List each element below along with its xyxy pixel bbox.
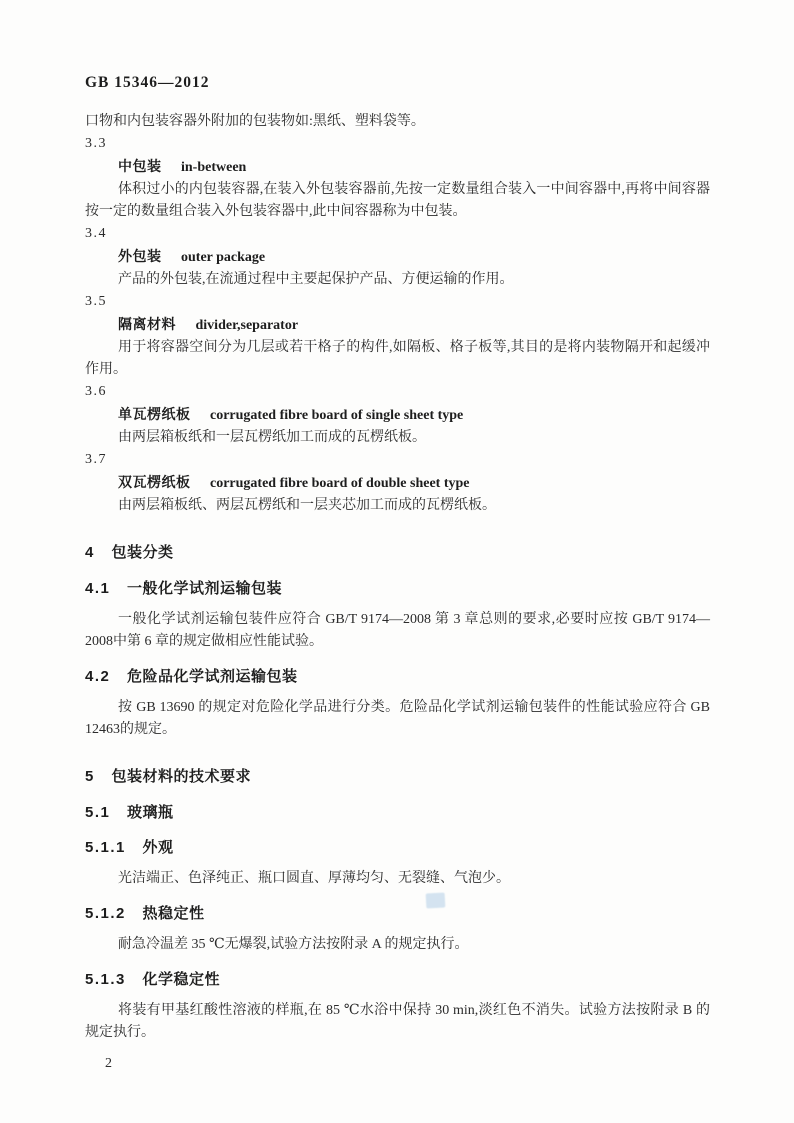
section-number: 5.1.3 — [85, 971, 126, 988]
section-title: 包装分类 — [112, 544, 174, 561]
clause-number: 3.4 — [85, 223, 710, 245]
term-clause-3-3: 3.3 中包装 in-between 体积过小的内包装容器,在装入外包装容器前,… — [85, 133, 710, 223]
term-english: corrugated fibre board of single sheet t… — [210, 408, 463, 423]
term-english: corrugated fibre board of double sheet t… — [210, 476, 470, 491]
section-5-heading: 5 包装材料的技术要求 — [85, 765, 710, 788]
doc-number-header: GB 15346—2012 — [85, 72, 710, 94]
term-definition: 用于将容器空间分为几层或若干格子的构件,如隔板、格子板等,其目的是将内装物隔开和… — [85, 337, 710, 381]
section-title: 玻璃瓶 — [127, 804, 174, 821]
clause-number: 3.3 — [85, 133, 710, 155]
section-number: 4.2 — [85, 668, 110, 685]
section-number: 4 — [85, 544, 95, 561]
term-clause-3-4: 3.4 外包装 outer package 产品的外包装,在流通过程中主要起保护… — [85, 223, 710, 291]
section-5-1-1-paragraph: 光洁端正、色泽纯正、瓶口圆直、厚薄均匀、无裂缝、气泡少。 — [85, 868, 710, 890]
section-5-1-2-heading: 5.1.2 热稳定性 — [85, 902, 710, 925]
paragraph-continued: 口物和内包装容器外附加的包装物如:黑纸、塑料袋等。 — [85, 111, 710, 133]
term-chinese: 隔离材料 — [118, 316, 176, 332]
term-english: outer package — [181, 250, 265, 265]
clause-number: 3.7 — [85, 449, 710, 471]
page-number: 2 — [85, 1053, 710, 1075]
term-definition: 产品的外包装,在流通过程中主要起保护产品、方便运输的作用。 — [85, 269, 710, 291]
section-title: 包装材料的技术要求 — [112, 768, 252, 785]
term-english: in-between — [181, 160, 246, 175]
term-definition: 体积过小的内包装容器,在装入外包装容器前,先按一定数量组合装入一中间容器中,再将… — [85, 179, 710, 223]
term-clause-3-5: 3.5 隔离材料 divider,separator 用于将容器空间分为几层或若… — [85, 291, 710, 381]
section-title: 一般化学试剂运输包装 — [127, 580, 282, 597]
term-chinese: 双瓦楞纸板 — [118, 474, 191, 490]
term-chinese: 中包装 — [118, 158, 162, 174]
section-number: 4.1 — [85, 580, 110, 597]
clause-number: 3.6 — [85, 381, 710, 403]
section-5-1-3-heading: 5.1.3 化学稳定性 — [85, 968, 710, 991]
section-5-1-3-paragraph: 将装有甲基红酸性溶液的样瓶,在 85 ℃水浴中保持 30 min,淡红色不消失。… — [85, 1000, 710, 1044]
section-title: 化学稳定性 — [143, 971, 221, 988]
section-number: 5.1.1 — [85, 839, 126, 856]
section-4-heading: 4 包装分类 — [85, 541, 710, 564]
term-heading: 双瓦楞纸板 corrugated fibre board of double s… — [85, 471, 710, 495]
term-clause-3-6: 3.6 单瓦楞纸板 corrugated fibre board of sing… — [85, 381, 710, 449]
term-definition: 由两层箱板纸和一层瓦楞纸加工而成的瓦楞纸板。 — [85, 427, 710, 449]
term-english: divider,separator — [196, 318, 299, 333]
section-4-1-heading: 4.1 一般化学试剂运输包装 — [85, 577, 710, 600]
term-definition: 由两层箱板纸、两层瓦楞纸和一层夹芯加工而成的瓦楞纸板。 — [85, 495, 710, 517]
term-heading: 中包装 in-between — [85, 155, 710, 179]
section-4-1-paragraph: 一般化学试剂运输包装件应符合 GB/T 9174—2008 第 3 章总则的要求… — [85, 609, 710, 653]
section-number: 5 — [85, 768, 95, 785]
section-title: 危险品化学试剂运输包装 — [127, 668, 298, 685]
term-heading: 隔离材料 divider,separator — [85, 313, 710, 337]
section-title: 热稳定性 — [143, 905, 205, 922]
section-4-2-heading: 4.2 危险品化学试剂运输包装 — [85, 665, 710, 688]
document-page: GB 15346—2012 口物和内包装容器外附加的包装物如:黑纸、塑料袋等。 … — [0, 0, 794, 1123]
section-5-1-1-heading: 5.1.1 外观 — [85, 836, 710, 859]
section-number: 5.1.2 — [85, 905, 126, 922]
scan-artifact-blob — [426, 893, 446, 909]
term-heading: 外包装 outer package — [85, 245, 710, 269]
section-4-2-paragraph: 按 GB 13690 的规定对危险化学品进行分类。危险品化学试剂运输包装件的性能… — [85, 697, 710, 741]
term-chinese: 单瓦楞纸板 — [118, 406, 191, 422]
term-clause-3-7: 3.7 双瓦楞纸板 corrugated fibre board of doub… — [85, 449, 710, 517]
section-number: 5.1 — [85, 804, 110, 821]
term-chinese: 外包装 — [118, 248, 162, 264]
section-5-1-heading: 5.1 玻璃瓶 — [85, 801, 710, 824]
clause-number: 3.5 — [85, 291, 710, 313]
section-5-1-2-paragraph: 耐急冷温差 35 ℃无爆裂,试验方法按附录 A 的规定执行。 — [85, 934, 710, 956]
section-title: 外观 — [143, 839, 174, 856]
term-heading: 单瓦楞纸板 corrugated fibre board of single s… — [85, 403, 710, 427]
